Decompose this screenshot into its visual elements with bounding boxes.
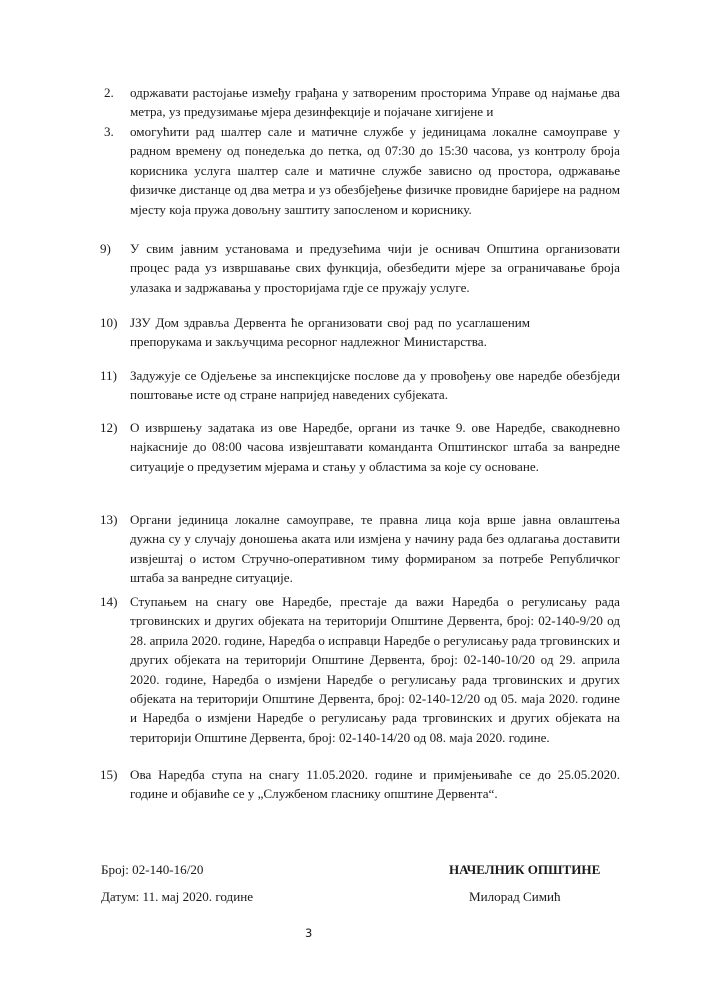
list-item-12: 12) О извршењу задатака из ове Наредбе, … [100,418,620,476]
signatory-title: НАЧЕЛНИК ОПШТИНЕ [449,862,600,878]
list-item-13: 13) Органи јединица локалне самоуправе, … [100,510,620,588]
item-number: 3. [104,122,114,141]
signatory-name: Милорад Симић [469,889,561,905]
item-number: 10) [100,313,117,332]
item-number: 13) [100,510,117,529]
item-text: Задужује се Одјељење за инспекцијске пос… [130,366,620,405]
item-text: Органи јединица локалне самоуправе, те п… [130,510,620,588]
list-item-14: 14) Ступањем на снагу ове Наредбе, прест… [100,592,620,747]
item-number: 15) [100,765,117,784]
item-number: 11) [100,366,117,385]
item-number: 9) [100,239,111,258]
item-number: 12) [100,418,117,437]
item-text: одржавати растојање између грађана у зат… [130,83,620,122]
item-text: Ступањем на снагу ове Наредбе, престаје … [130,592,620,747]
item-text: ЈЗУ Дом здравља Дервента ће организовати… [130,313,530,352]
item-number: 2. [104,83,114,102]
item-text: У свим јавним установама и предузећима ч… [130,239,620,297]
list-item-11: 11) Задужује се Одјељење за инспекцијске… [100,366,620,405]
document-number: Број: 02-140-16/20 [101,862,203,878]
list-item-2: 2. одржавати растојање између грађана у … [100,83,620,122]
item-text: О извршењу задатака из ове Наредбе, орга… [130,418,620,476]
item-number: 14) [100,592,117,611]
item-text: омогућити рад шалтер сале и матичне служ… [130,122,620,219]
page-number: 3 [305,926,312,940]
document-page: 2. одржавати растојање између грађана у … [0,0,707,1000]
list-item-10: 10) ЈЗУ Дом здравља Дервента ће организо… [100,313,620,352]
item-text: Ова Наредба ступа на снагу 11.05.2020. г… [130,765,620,804]
list-item-15: 15) Ова Наредба ступа на снагу 11.05.202… [100,765,620,804]
list-item-3: 3. омогућити рад шалтер сале и матичне с… [100,122,620,219]
document-date: Датум: 11. мај 2020. године [101,889,253,905]
list-item-9: 9) У свим јавним установама и предузећим… [100,239,620,297]
